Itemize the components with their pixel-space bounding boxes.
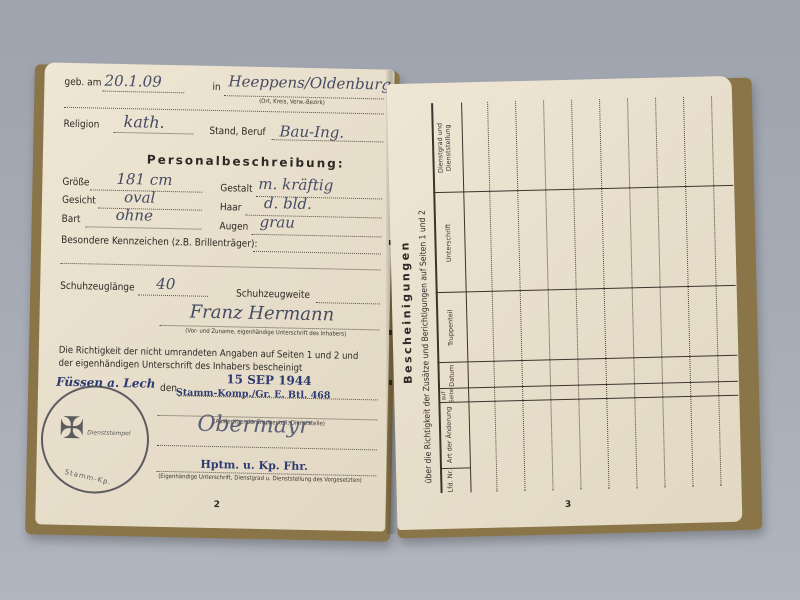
shoe-width-label: Schuhzeugweite xyxy=(236,288,310,301)
col-header-art: Art der Änderung xyxy=(444,403,454,467)
certifications-table-rotated: Bescheinigungen über die Richtigkeit der… xyxy=(387,76,743,524)
religion-value: kath. xyxy=(123,112,164,132)
table-row xyxy=(515,101,526,491)
hair-label: Haar xyxy=(220,202,242,213)
born-value: 20.1.09 xyxy=(104,72,162,91)
col-header-unterschrift: Unterschrift xyxy=(443,193,453,293)
certifications-title: Bescheinigungen xyxy=(398,240,415,384)
birthplace-caption: (Ort, Kreis, Verw.-Bezirk) xyxy=(259,98,325,106)
col-header-dienstgrad: Dienstgrad und Dienststellung xyxy=(435,103,453,193)
blank-line xyxy=(61,263,381,271)
eyes-label: Augen xyxy=(219,221,248,233)
birthplace-value: Heeppens/Oldenburg xyxy=(228,72,391,93)
table-row xyxy=(655,98,666,488)
religion-line xyxy=(113,132,193,135)
stitch xyxy=(389,380,392,385)
personal-description-title: Personalbeschreibung: xyxy=(147,153,345,171)
born-label: geb. am xyxy=(64,77,101,89)
eagle-emblem-icon: ✠ xyxy=(59,411,85,447)
born-line xyxy=(102,91,184,94)
unit-stamp: Stamm-Komp./Gr. E. Btl. 468 xyxy=(176,387,331,401)
shoe-length-label: Schuhzeuglänge xyxy=(60,281,135,294)
build-label: Gestalt xyxy=(220,183,252,195)
col-header-datum: Datum xyxy=(447,363,456,389)
stand-value: Bau-Ing. xyxy=(279,122,344,141)
certification-text-line-2: der eigenhändigen Unterschrift des Inhab… xyxy=(58,358,302,374)
rank-stamp: Hptm. u. Kp. Fhr. xyxy=(200,458,308,473)
officer-signature: Obermayr xyxy=(197,412,310,439)
holder-signature: Franz Hermann xyxy=(189,301,334,325)
right-page: Bescheinigungen über die Richtigkeit der… xyxy=(387,76,743,530)
eyes-line xyxy=(251,234,381,238)
in-label: in xyxy=(212,82,220,93)
face-value: oval xyxy=(124,188,156,207)
blank-line xyxy=(64,107,384,115)
table-row xyxy=(487,102,498,492)
distinguishing-marks-line xyxy=(253,251,381,255)
table-row xyxy=(599,99,610,489)
date-stamp: 15 SEP 1944 xyxy=(226,372,312,388)
page-number-left: 2 xyxy=(214,500,220,510)
stand-label: Stand, Beruf xyxy=(209,126,265,138)
beard-line xyxy=(85,226,201,229)
beard-value: ohne xyxy=(116,206,154,225)
certifications-subtitle: über die Richtigkeit der Zusätze und Ber… xyxy=(418,210,435,483)
height-value: 181 cm xyxy=(116,170,172,189)
shoe-length-value: 40 xyxy=(156,275,175,293)
seal-bottom-text: Stamm-Kp. xyxy=(64,468,112,487)
build-value: m. kräftig xyxy=(258,175,333,195)
table-row xyxy=(627,98,638,488)
officer-signature-line xyxy=(157,445,377,451)
beard-label: Bart xyxy=(61,214,80,225)
left-page: geb. am 20.1.09 in Heeppens/Oldenburg (O… xyxy=(35,62,395,531)
distinguishing-marks-label: Besondere Kennzeichen (z.B. Brillenträge… xyxy=(61,235,258,250)
religion-label: Religion xyxy=(63,119,99,131)
table-row xyxy=(543,100,554,490)
stitch xyxy=(389,330,392,335)
shoe-length-line xyxy=(138,294,208,296)
seal-center-text: Dienststempel xyxy=(87,429,131,437)
height-label: Größe xyxy=(62,177,89,189)
page-number-right: 3 xyxy=(565,500,572,510)
den-label: den xyxy=(160,383,177,394)
eyes-value: grau xyxy=(259,213,295,232)
table-row xyxy=(683,97,694,487)
table-row xyxy=(711,96,722,486)
col-header-lfd-nr: Lfd. Nr. xyxy=(446,469,455,493)
hair-value: d. bld. xyxy=(264,194,312,213)
official-seal: ✠ Dienststempel Stamm-Kp. xyxy=(40,384,150,494)
place-stamp: Füssen a. Lech xyxy=(56,375,156,391)
face-label: Gesicht xyxy=(62,195,96,207)
table-row xyxy=(571,100,582,490)
col-header-truppenteil: Truppenteil xyxy=(446,293,456,363)
table-header-rule xyxy=(461,102,472,492)
col-header-seite: auf Seite xyxy=(440,389,456,403)
